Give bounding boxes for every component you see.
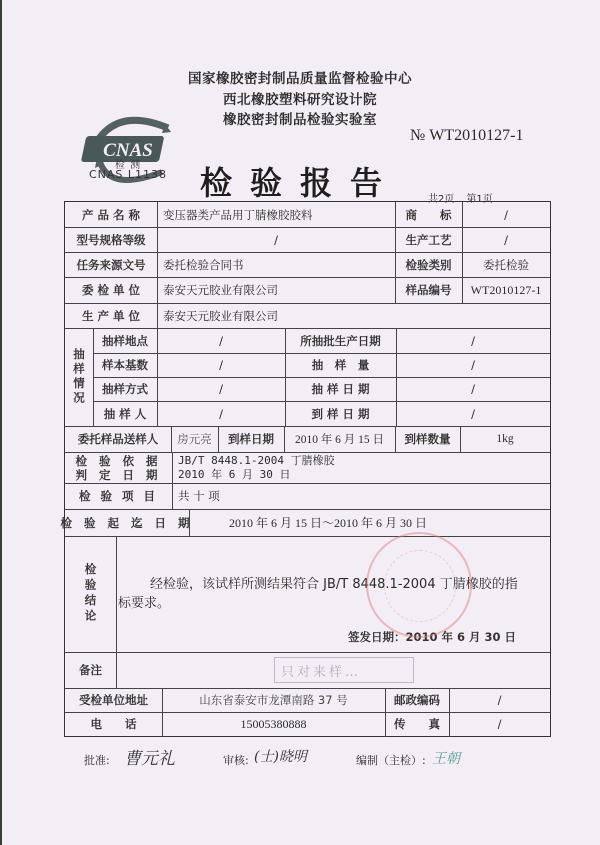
compile-label: 编制（主检）: xyxy=(356,752,426,768)
sampling-row-label: 抽样方式 xyxy=(93,377,157,401)
approve-label: 批准: xyxy=(84,752,110,768)
inspection-type-label: 检验类别 xyxy=(395,252,462,277)
trademark-label: 商 标 xyxy=(395,202,462,227)
sampling-row-value: / xyxy=(396,377,550,401)
arrival-date-value: 2010 年 6 月 15 日 xyxy=(284,426,395,452)
remarks-stamp: 只对来样… xyxy=(274,657,414,683)
model-label: 型号规格等级 xyxy=(65,227,157,252)
report-number: № WT2010127-1 xyxy=(410,127,523,145)
sampling-row-label: 抽样地点 xyxy=(93,328,157,353)
report-title: 检验报告 xyxy=(200,158,400,204)
producer-value: 泰安天元胶业有限公司 xyxy=(157,303,550,328)
sampling-row-label: 样本基数 xyxy=(93,353,157,377)
trademark-value: / xyxy=(462,202,550,227)
sampling-row-label: 抽 样 量 xyxy=(285,353,396,377)
phone-label: 电 话 xyxy=(65,712,162,736)
sampling-row-value: / xyxy=(157,328,285,353)
sender-value: 房元亮 xyxy=(171,426,218,452)
review-signature: (士)晓明 xyxy=(254,746,307,766)
process-label: 生产工艺 xyxy=(395,227,462,252)
model-value: / xyxy=(157,227,395,252)
sampling-row-label: 所抽批生产日期 xyxy=(285,328,396,353)
approve-signature: 曹元礼 xyxy=(124,744,175,769)
task-source-label: 任务来源文号 xyxy=(65,252,157,277)
product-name-label: 产 品 名 称 xyxy=(65,202,157,227)
task-source-value: 委托检验合同书 xyxy=(157,252,395,277)
period-label: 检 验 起 迄 日 期 xyxy=(65,509,189,536)
sampling-row-value: / xyxy=(157,377,285,401)
sampling-row-label: 抽 样 日 期 xyxy=(285,377,396,401)
items-label: 检 验 项 目 xyxy=(65,483,172,509)
sampling-row-value: / xyxy=(396,328,550,353)
address-label: 受检单位地址 xyxy=(65,688,162,712)
sampling-group-label: 抽样情况 xyxy=(65,328,93,426)
product-name-value: 变压器类产品用丁腈橡胶胶料 xyxy=(157,202,395,227)
postcode-value: / xyxy=(449,688,550,712)
sampling-row-value: / xyxy=(157,353,285,377)
period-value: 2010 年 6 月 15 日～2010 年 6 月 30 日 xyxy=(189,509,550,536)
items-value: 共 十 项 xyxy=(172,483,550,509)
producer-label: 生 产 单 位 xyxy=(65,303,157,328)
basis-label: 检 验 依 据判 定 日 期 xyxy=(65,452,172,483)
basis-value: JB/T 8448.1-2004 丁腈橡胶2010 年 6 月 30 日 xyxy=(172,452,550,483)
remarks-label: 备注 xyxy=(65,652,116,688)
fax-label: 传 真 xyxy=(385,712,449,736)
sampling-row-label: 抽 样 人 xyxy=(93,401,157,426)
sampling-row-label: 到 样 日 期 xyxy=(285,401,396,426)
quantity-value: 1kg xyxy=(460,426,550,452)
sample-no-label: 样品编号 xyxy=(395,277,462,303)
sender-label: 委托样品送样人 xyxy=(65,426,171,452)
sampling-row-value: / xyxy=(396,353,550,377)
conclusion-label: 检验结论 xyxy=(65,536,116,652)
postcode-label: 邮政编码 xyxy=(385,688,449,712)
official-seal-stamp xyxy=(366,532,472,638)
address-value: 山东省泰安市龙潭南路 37 号 xyxy=(162,688,385,712)
quantity-label: 到样数量 xyxy=(395,426,460,452)
review-label: 审核: xyxy=(223,752,249,768)
arrival-date-label: 到样日期 xyxy=(218,426,284,452)
sampling-row-value: / xyxy=(396,401,550,426)
org-name-line-1: 国家橡胶密封制品质量监督检验中心 xyxy=(0,67,600,87)
conclusion-body: 经检验，该试样所测结果符合 JB/T 8448.1-2004 丁腈橡胶的指 标要… xyxy=(116,536,550,652)
logo-accreditation: CNAS L1138 xyxy=(78,168,178,181)
fax-value: / xyxy=(449,712,550,736)
cnas-logo-icon: CNAS xyxy=(80,100,180,200)
client-label: 委 检 单 位 xyxy=(65,277,157,303)
conclusion-text-line-2: 标要求。 xyxy=(118,592,170,611)
inspection-type-value: 委托检验 xyxy=(462,252,550,277)
phone-value: 15005380888 xyxy=(162,712,385,736)
compile-signature: 王朝 xyxy=(432,748,460,768)
process-value: / xyxy=(462,227,550,252)
sampling-row-value: / xyxy=(157,401,285,426)
sample-no-value: WT2010127-1 xyxy=(462,277,550,303)
client-value: 泰安天元胶业有限公司 xyxy=(157,277,395,303)
